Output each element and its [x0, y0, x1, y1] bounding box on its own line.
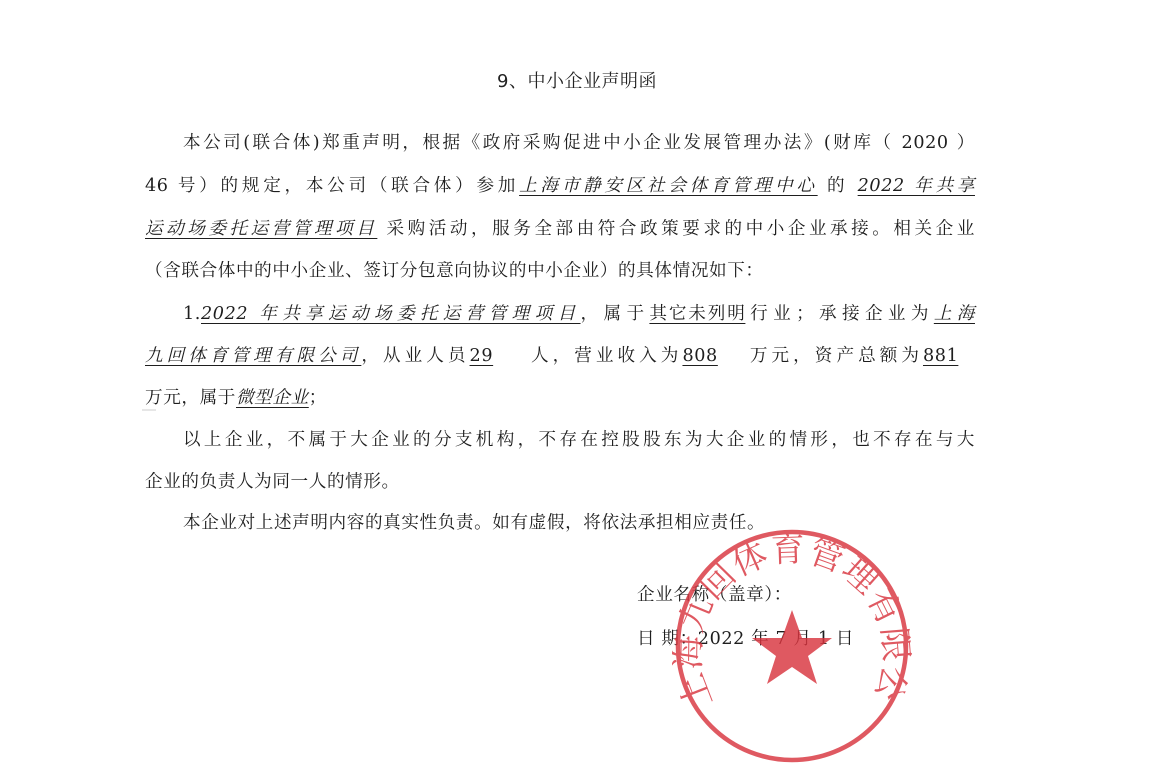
paragraph-text: ； [309, 388, 327, 408]
paragraph-text: ，属于 [581, 304, 650, 324]
paragraph1-line4: （含联合体中的中小企业、签订分包意向协议的中小企业）的具体情况如下： [145, 258, 975, 284]
date-label: 日 期： [637, 629, 698, 649]
paragraph-text: 人，营业收入为 [528, 346, 683, 366]
paragraph-text: 企业的负责人为同一人的情形。 [145, 472, 400, 492]
paragraph-text: （含联合体中的中小企业、签订分包意向协议的中小企业）的具体情况如下： [145, 261, 764, 281]
employees-field: 29 [470, 343, 528, 369]
item1-line3: 万元，属于微型企业； [145, 385, 975, 411]
company-field-part1: 上海 [934, 304, 975, 324]
item1-line2: 九回体育管理有限公司，从业人员29人，营业收入为808万元，资产总额为881 [145, 343, 975, 369]
date-value: 2022 年 7 月 1 日 [698, 629, 854, 649]
paragraph-text: 万元，属于 [145, 388, 236, 408]
page-title: 9、中小企业声明函 [0, 67, 1154, 93]
date-line: 日 期：2022 年 7 月 1 日 [637, 626, 854, 652]
revenue-field: 808 [682, 343, 746, 369]
company-field-part2: 九回体育管理有限公司 [145, 346, 361, 366]
paragraph-text: 以上企业，不属于大企业的分支机构，不存在控股股东为大企业的情形，也不存在与大 [183, 430, 975, 450]
paragraph-text: 的 [818, 176, 858, 196]
scan-mark [142, 409, 156, 411]
item1-line1: 1.2022 年共享运动场委托运营管理项目，属于其它未列明行业；承接企业为上海 [145, 301, 975, 327]
paragraph-text: 46 号）的规定，本公司（联合体）参加 [145, 176, 519, 196]
paragraph2-line2: 企业的负责人为同一人的情形。 [145, 469, 975, 495]
paragraph1-line3: 运动场委托运营管理项目 采购活动，服务全部由符合政策要求的中小企业承接。相关企业 [145, 216, 975, 242]
paragraph-text: 采购活动，服务全部由符合政策要求的中小企业承接。相关企业 [377, 219, 975, 239]
assets-field: 881 [923, 343, 975, 369]
paragraph2-line1: 以上企业，不属于大企业的分支机构，不存在控股股东为大企业的情形，也不存在与大 [145, 427, 975, 453]
paragraph-text: ，从业人员 [361, 346, 469, 366]
item-project-field: 2022 年共享运动场委托运营管理项目 [201, 304, 581, 324]
company-name-label: 企业名称（盖章）： [637, 582, 792, 608]
declaration-page: 9、中小企业声明函 本公司(联合体)郑重声明，根据《政府采购促进中小企业发展管理… [0, 0, 1154, 783]
paragraph1-line1: 本公司(联合体)郑重声明，根据《政府采购促进中小企业发展管理办法》(财库（ 20… [145, 130, 975, 156]
seal-text: 上海九回体育管理有限公司 [672, 526, 912, 714]
project-field-part1: 2022 年共享 [858, 176, 975, 196]
purchaser-field: 上海市静安区社会体育管理中心 [519, 176, 818, 196]
paragraph-text: 万元，资产总额为 [746, 346, 923, 366]
paragraph-text: 本公司(联合体)郑重声明，根据《政府采购促进中小企业发展管理办法》(财库（ 20… [183, 133, 975, 153]
paragraph-text: 本企业对上述声明内容的真实性负责。如有虚假，将依法承担相应责任。 [183, 513, 765, 533]
enterprise-type-field: 微型企业 [236, 388, 309, 408]
paragraph-text: 行业；承接企业为 [745, 304, 933, 324]
item-number: 1. [183, 304, 201, 324]
industry-field: 其它未列明 [649, 301, 745, 327]
paragraph3: 本企业对上述声明内容的真实性负责。如有虚假，将依法承担相应责任。 [145, 510, 975, 536]
paragraph1-line2: 46 号）的规定，本公司（联合体）参加上海市静安区社会体育管理中心 的 2022… [145, 173, 975, 199]
project-field-part2: 运动场委托运营管理项目 [145, 219, 377, 239]
